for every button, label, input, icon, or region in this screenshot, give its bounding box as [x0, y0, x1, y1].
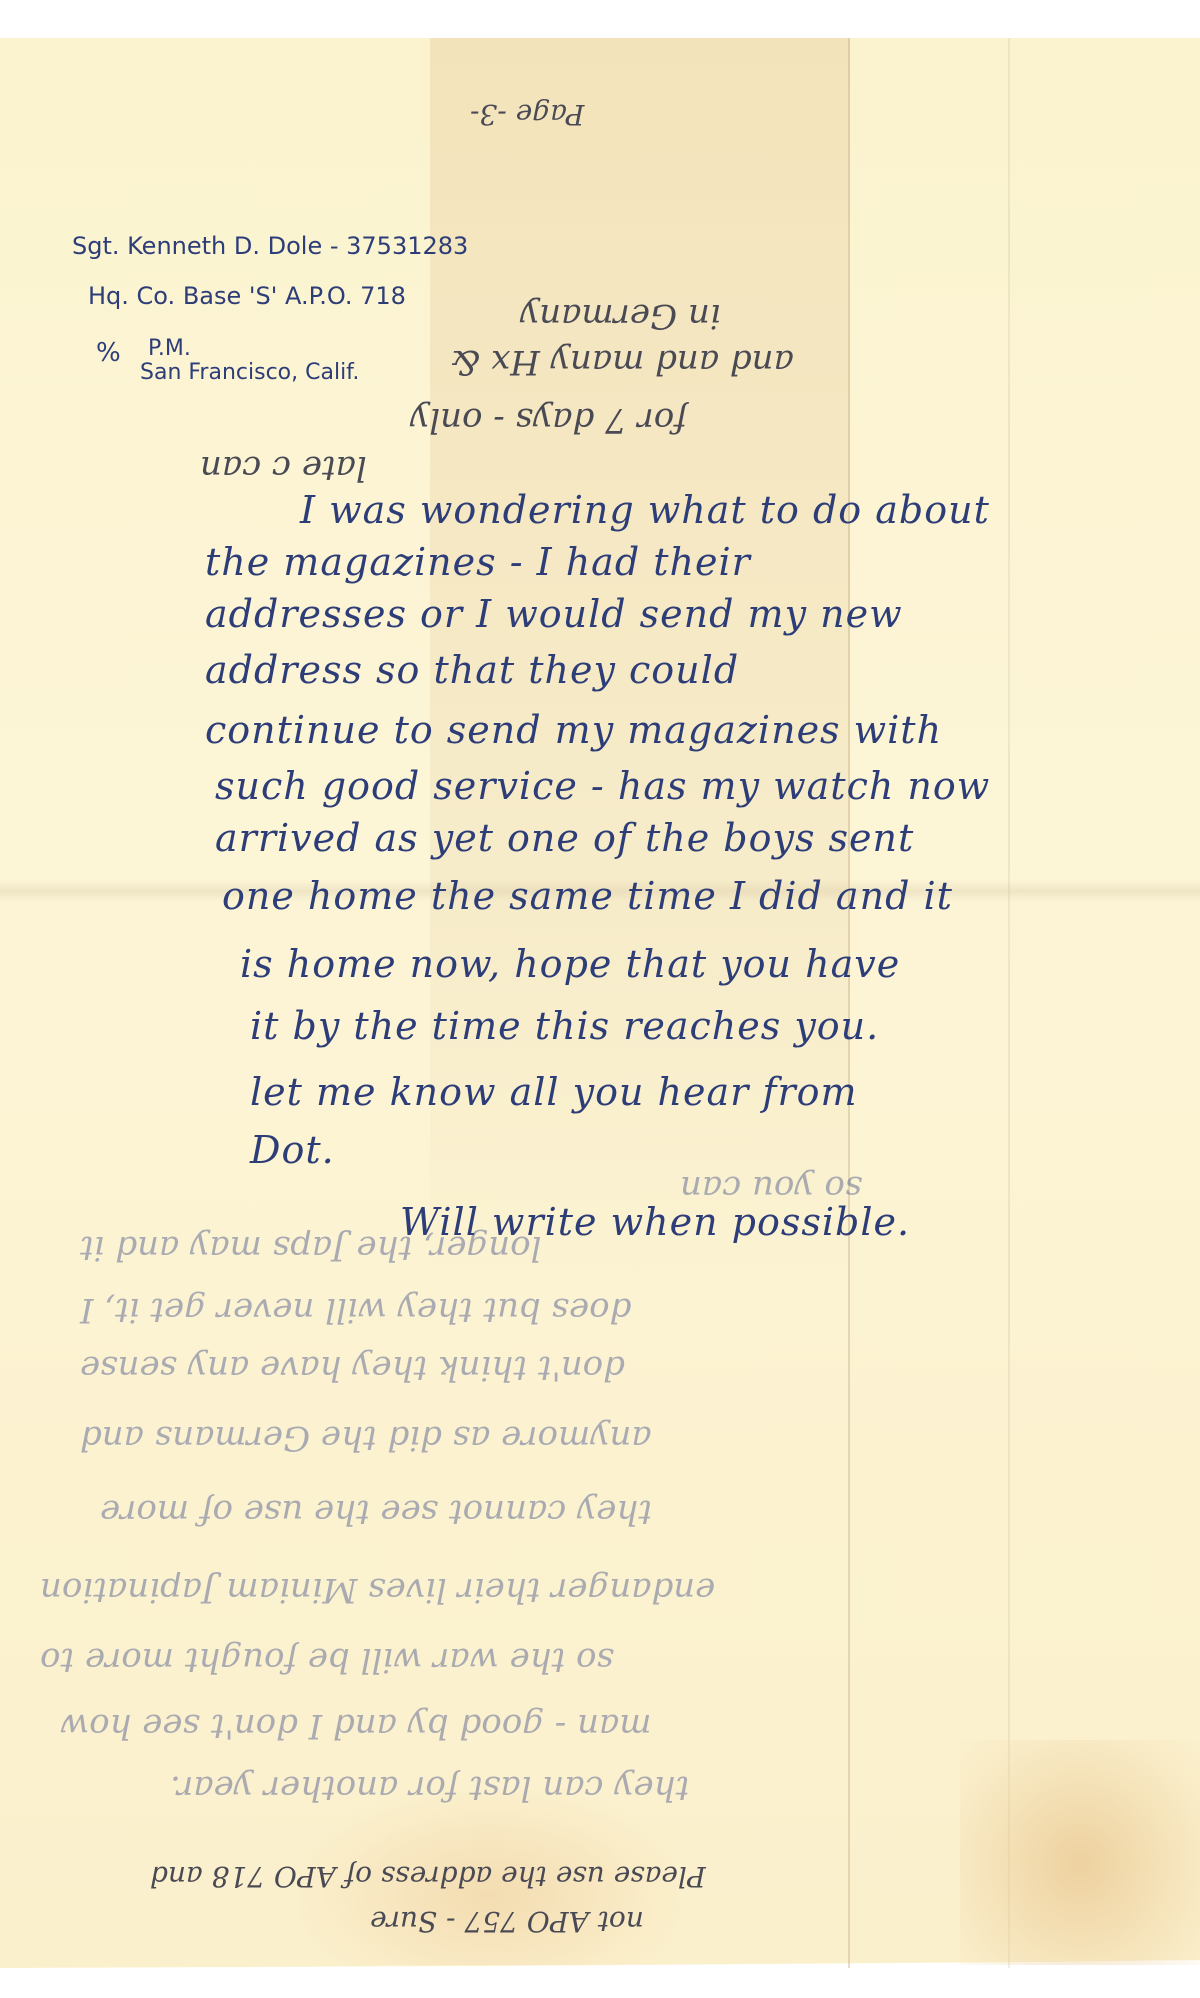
return-address-pm: P.M.	[148, 336, 191, 361]
upside-down-line: not APO 757 - Sure	[370, 1905, 644, 1938]
vertical-fold-line	[1008, 38, 1010, 1968]
return-address-prefix: %	[96, 338, 121, 368]
age-stain	[960, 1740, 1200, 1965]
return-address-unit: Hq. Co. Base 'S' A.P.O. 718	[88, 282, 406, 310]
upside-down-line: don't think they have any sense	[80, 1348, 625, 1388]
body-line: such good service - has my watch now	[215, 764, 990, 808]
body-line: arrived as yet one of the boys sent	[215, 816, 914, 860]
upside-down-line: so the war will be fought more to	[40, 1640, 614, 1680]
page-marker: Page -3-	[470, 98, 584, 131]
upside-down-line: they can last for another year.	[170, 1768, 689, 1808]
vertical-fold-line	[848, 38, 850, 1968]
upside-down-line: in Germany	[520, 296, 721, 336]
upside-down-line: late c can	[200, 448, 367, 488]
upside-down-line: endanger their lives Miniam Japination	[40, 1570, 715, 1610]
body-line: it by the time this reaches you.	[250, 1004, 879, 1048]
upside-down-line: does but they will never get it, I	[80, 1290, 631, 1330]
body-line: Dot.	[250, 1128, 335, 1172]
upside-down-line: they cannot see the use of more	[100, 1492, 652, 1532]
upside-down-line: man - good by and I don't see how	[60, 1706, 651, 1746]
upside-down-line: for 7 days - only	[410, 400, 687, 440]
return-address-city: San Francisco, Calif.	[140, 360, 359, 385]
upside-down-line: longer, the Japs may and it	[80, 1228, 541, 1268]
body-line: one home the same time I did and it	[222, 874, 953, 918]
body-line: the magazines - I had their	[205, 540, 751, 584]
body-line: I was wondering what to do about	[300, 488, 990, 532]
return-address-name: Sgt. Kenneth D. Dole - 37531283	[72, 232, 468, 260]
upside-down-line: so you can	[680, 1168, 862, 1208]
body-line: is home now, hope that you have	[240, 942, 900, 986]
body-line: let me know all you hear from	[250, 1070, 858, 1114]
upside-down-line: and and many Hx &	[450, 342, 794, 382]
upside-down-line: anymore as did the Germans and	[80, 1418, 652, 1458]
body-line: address so that they could	[205, 648, 739, 692]
body-line: addresses or I would send my new	[205, 592, 903, 636]
upside-down-line: Please use the address of APO 718 and	[150, 1860, 706, 1893]
body-line: continue to send my magazines with	[205, 708, 942, 752]
